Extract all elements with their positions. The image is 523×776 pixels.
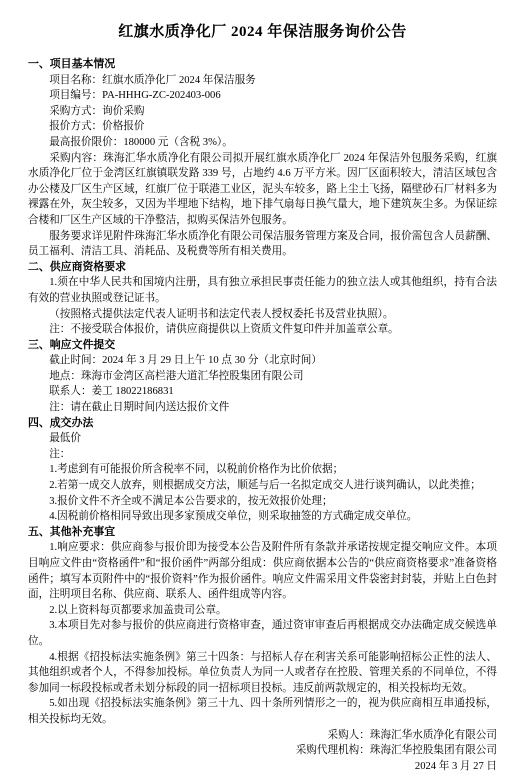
section-heading-response-submission: 三、响应文件提交 xyxy=(28,338,497,354)
section-heading-supplementary-matters: 五、其他补充事宜 xyxy=(28,525,497,541)
paragraph-supplementary-2: 2.以上资料每页都要求加盖贵司公章。 xyxy=(28,603,497,619)
section-response-submission: 三、响应文件提交 截止时间：2024 年 3 月 29 日上午 10 点 30 … xyxy=(28,338,497,416)
signature-agent: 采购代理机构：珠海汇华控股集团有限公司 xyxy=(28,743,497,759)
section-heading-award-method: 四、成交办法 xyxy=(28,416,497,432)
paragraph-price-ceiling: 最高报价限价：180000 元（含税 3%）。 xyxy=(28,135,497,151)
paragraph-procurement-method: 采购方式：询价采购 xyxy=(28,104,497,120)
section-supplier-qualifications: 二、供应商资格要求 1.须在中华人民共和国境内注册，具有独立承担民事责任能力的独… xyxy=(28,260,497,338)
section-heading-supplier-qualifications: 二、供应商资格要求 xyxy=(28,260,497,276)
paragraph-award-note-2: 2.若第一成交人放弃，则根据成交方法，顺延与后一名拟定成交人进行谈判确认，以此类… xyxy=(28,478,497,494)
paragraph-lowest-price: 最低价 xyxy=(28,431,497,447)
paragraph-award-note-1: 1.考虑到有可能报价所含税率不同，以税前价格作为比价依据； xyxy=(28,462,497,478)
paragraph-location: 地点：珠海市金湾区高栏港大道汇华控股集团有限公司 xyxy=(28,369,497,385)
signature-block: 采购人：珠海汇华水质净化有限公司 采购代理机构：珠海汇华控股集团有限公司 202… xyxy=(28,728,497,775)
section-project-basic-info: 一、项目基本情况 项目名称：红旗水质净化厂 2024 年保洁服务 项目编号：PA… xyxy=(28,57,497,260)
section-heading-project-basic-info: 一、项目基本情况 xyxy=(28,57,497,73)
paragraph-supplementary-3: 3.本项目先对参与报价的供应商进行资格审查，通过资审审查后再根据成交办法确定成交… xyxy=(28,618,497,649)
paragraph-project-number: 项目编号：PA-HHHG-ZC-202403-006 xyxy=(28,88,497,104)
paragraph-award-note-3: 3.报价文件不齐全或不满足本公告要求的，按无效报价处理； xyxy=(28,494,497,510)
paragraph-quotation-method: 报价方式：价格报价 xyxy=(28,119,497,135)
signature-date: 2024 年 3 月 27 日 xyxy=(28,759,497,775)
paragraph-submission-note: 注：请在截止日期时间内送达报价文件 xyxy=(28,400,497,416)
paragraph-supplementary-5: 5.如出现《招投标法实施条例》第三十九、四十条所列情形之一的，视为供应商相互串通… xyxy=(28,696,497,727)
paragraph-deadline: 截止时间：2024 年 3 月 29 日上午 10 点 30 分（北京时间） xyxy=(28,353,497,369)
paragraph-qualification-1: 1.须在中华人民共和国境内注册，具有独立承担民事责任能力的独立法人或其他组织，持… xyxy=(28,275,497,306)
paragraph-supplementary-1: 1.响应要求：供应商参与报价即为接受本公告及附件所有条款并承诺按规定提交响应文件… xyxy=(28,540,497,602)
section-supplementary-matters: 五、其他补充事宜 1.响应要求：供应商参与报价即为接受本公告及附件所有条款并承诺… xyxy=(28,525,497,728)
paragraph-qualification-format: （按照格式提供法定代表人证明书和法定代表人授权委托书及营业执照）。 xyxy=(28,307,497,323)
paragraph-award-note-4: 4.因税前价格相同导致出现多家预成交单位，则采取抽签的方式确定成交单位。 xyxy=(28,509,497,525)
paragraph-award-note-label: 注： xyxy=(28,447,497,463)
paragraph-supplementary-4: 4.根据《招投标法实施条例》第三十四条：与招标人存在利害关系可能影响招标公正性的… xyxy=(28,650,497,697)
paragraph-project-name: 项目名称：红旗水质净化厂 2024 年保洁服务 xyxy=(28,73,497,89)
paragraph-contact: 联系人：姜工 18022186831 xyxy=(28,384,497,400)
paragraph-qualification-note: 注：不接受联合体报价，请供应商提供以上资质文件复印件并加盖章公章。 xyxy=(28,322,497,338)
section-award-method: 四、成交办法 最低价 注： 1.考虑到有可能报价所含税率不同，以税前价格作为比价… xyxy=(28,416,497,525)
paragraph-service-requirements: 服务要求详见附件珠海汇华水质净化有限公司保洁服务管理方案及合同，报价需包含人员薪… xyxy=(28,229,497,260)
inquiry-announcement-document: 红旗水质净化厂 2024 年保洁服务询价公告 一、项目基本情况 项目名称：红旗水… xyxy=(0,0,523,776)
document-title: 红旗水质净化厂 2024 年保洁服务询价公告 xyxy=(28,22,497,42)
paragraph-procurement-content: 采购内容：珠海汇华水质净化有限公司拟开展红旗水质净化厂 2024 年保洁外包服务… xyxy=(28,151,497,229)
signature-purchaser: 采购人：珠海汇华水质净化有限公司 xyxy=(28,728,497,744)
